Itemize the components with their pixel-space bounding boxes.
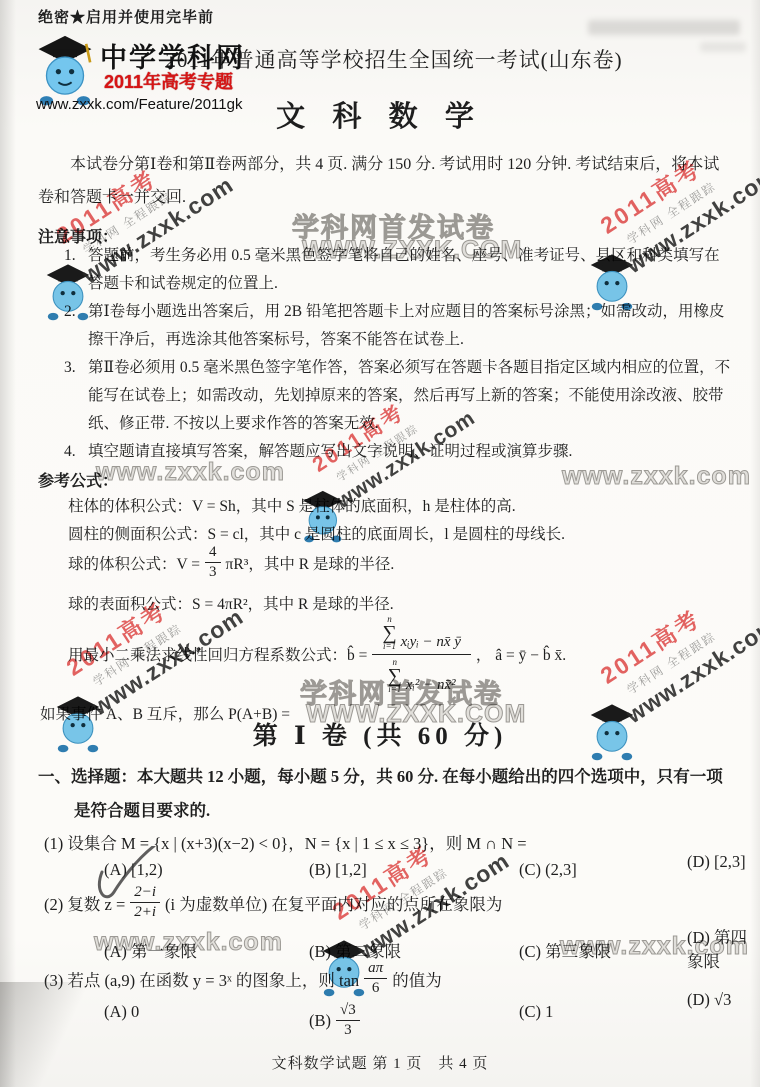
scan-smudge xyxy=(588,20,740,35)
option-d: (D) √3 xyxy=(687,990,752,1010)
exam-paper-page: 绝密★启用并使用完毕前 2011年普通高等学校招生全国统一考试(山东卷) 文 科… xyxy=(0,0,760,1087)
big-fraction: n ∑ i=1 xᵢyᵢ − nx̄ ȳ n ∑ i=1 xᵢ² − nx̄² xyxy=(372,615,471,694)
option-c: (C) (2,3] xyxy=(519,860,687,880)
note-item: 2. 第Ⅰ卷每小题选出答案后，用 2B 铅笔把答题卡上对应题目的答案标号涂黑；如… xyxy=(64,298,734,354)
note-text: 第Ⅰ卷每小题选出答案后，用 2B 铅笔把答题卡上对应题目的答案标号涂黑；如需改动… xyxy=(88,303,724,348)
formula-text: xᵢ² − nx̄² xyxy=(406,677,456,694)
formula-cylinder-lateral: 圆柱的侧面积公式：S = cl，其中 c 是圆柱的底面周长，l 是圆柱的母线长. xyxy=(68,522,736,544)
option-c: (C) 第三象限 xyxy=(519,938,687,962)
classification-banner: 绝密★启用并使用完毕前 xyxy=(38,6,214,27)
note-text: 答题前，考生务必用 0.5 毫米黑色签字笔将自己的姓名、座号、准考证号、县区和科… xyxy=(88,247,720,292)
question-text: 的值为 xyxy=(392,967,442,991)
option-b: (B) √3 3 xyxy=(309,1002,519,1040)
scan-smudge xyxy=(700,42,746,52)
question-text: (i 为虚数单位) 在复平面内对应的点所在象限为 xyxy=(165,891,502,915)
scan-corner-shade xyxy=(0,982,96,1087)
option-c: (C) 1 xyxy=(519,1002,687,1022)
note-number: 3. xyxy=(64,354,76,382)
zxxk-feature-label: 2011年高考专题 xyxy=(104,68,233,94)
option-b: (B) [1,2] xyxy=(309,860,519,880)
section-instruction: 一、选择题：本大题共 12 小题，每小题 5 分，共 60 分. 在每小题给出的… xyxy=(38,760,736,828)
formula-text: πR³，其中 R 是球的半径. xyxy=(226,552,395,574)
summation-symbol: n ∑ i=1 xyxy=(382,615,396,651)
option-d: (D) [2,3] xyxy=(687,852,752,872)
zxxk-url: www.zxxk.com/Feature/2011gk xyxy=(36,96,242,113)
formula-text: ， â = ȳ − b̂ x̄. xyxy=(476,643,566,665)
option-a: (A) 第一象限 xyxy=(104,938,309,962)
fraction: √3 3 xyxy=(336,1002,360,1040)
fraction: aπ 6 xyxy=(364,960,387,998)
formula-cylinder-volume: 柱体的体积公式：V = Sh，其中 S 是柱体的底面积，h 是柱体的高. xyxy=(68,494,736,516)
note-number: 4. xyxy=(64,438,76,466)
question-3-options: (A) 0 (B) √3 3 (C) 1 (D) √3 xyxy=(104,1002,752,1040)
option-a: (A) 0 xyxy=(104,1002,309,1022)
note-item: 3. 第Ⅱ卷必须用 0.5 毫米黑色签字笔作答，答案必须写在答题卡各题目指定区域… xyxy=(64,354,734,438)
formula-text: 用最小二乘法求线性回归方程系数公式：b̂ = xyxy=(68,643,367,665)
formula-sphere-volume: 球的体积公式：V = 4 3 πR³，其中 R 是球的半径. xyxy=(68,544,736,582)
question-3-stem: (3) 若点 (a,9) 在函数 y = 3ˣ 的图象上，则 tan aπ 6 … xyxy=(44,960,732,998)
formulas-heading: 参考公式： xyxy=(38,468,118,491)
intro-paragraph: 本试卷分第Ⅰ卷和第Ⅱ卷两部分，共 4 页. 满分 150 分. 考试用时 120… xyxy=(38,148,734,214)
note-number: 1. xyxy=(64,242,76,270)
note-item: 1. 答题前，考生务必用 0.5 毫米黑色签字笔将自己的姓名、座号、准考证号、县… xyxy=(64,242,734,298)
option-b: (B) 第二象限 xyxy=(309,938,519,962)
note-item: 4. 填空题请直接填写答案，解答题应写出文字说明、证明过程或演算步骤. xyxy=(64,438,734,466)
handwritten-checkmark xyxy=(92,846,164,910)
section-title: 第 Ⅰ 卷 (共 60 分) xyxy=(0,716,760,752)
formula-regression: 用最小二乘法求线性回归方程系数公式：b̂ = n ∑ i=1 xᵢyᵢ − nx… xyxy=(68,606,736,702)
watermark-url-emboss: www.zxxk.com xyxy=(562,462,751,491)
note-text: 填空题请直接填写答案，解答题应写出文字说明、证明过程或演算步骤. xyxy=(88,443,572,460)
fraction: 4 3 xyxy=(205,544,221,582)
notes-list: 1. 答题前，考生务必用 0.5 毫米黑色签字笔将自己的姓名、座号、准考证号、县… xyxy=(64,242,734,466)
question-1-options: (A) [1,2) (B) [1,2] (C) (2,3] (D) [2,3] xyxy=(104,860,752,880)
note-text: 第Ⅱ卷必须用 0.5 毫米黑色签字笔作答，答案必须写在答题卡各题目指定区域内相应… xyxy=(88,359,730,432)
formula-text: xᵢyᵢ − nx̄ ȳ xyxy=(401,634,461,651)
summation-symbol: n ∑ i=1 xyxy=(388,658,402,694)
formula-text: 球的体积公式：V = xyxy=(68,552,200,574)
page-footer: 文科数学试题 第 1 页 共 4 页 xyxy=(0,1052,760,1073)
note-number: 2. xyxy=(64,298,76,326)
